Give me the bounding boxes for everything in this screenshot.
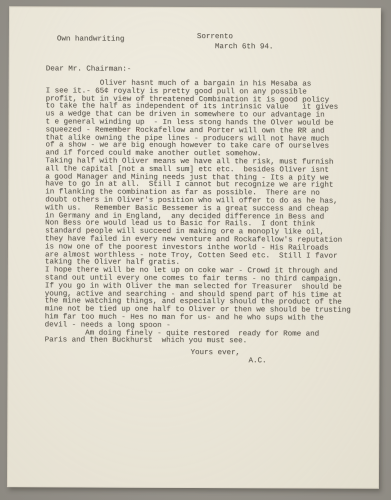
letter-signature: A.C. — [248, 358, 266, 366]
letter-date: March 6th 94. — [215, 44, 274, 52]
letter-body: Oliver hasnt much of a bargain in his Me… — [45, 80, 352, 346]
letter-salutation: Dear Mr. Chairman:- — [46, 66, 132, 74]
photo-backdrop: Own handwriting Sorrento March 6th 94. D… — [0, 0, 391, 500]
letter-paper: Own handwriting Sorrento March 6th 94. D… — [7, 6, 381, 489]
letter-place: Sorrento — [197, 34, 233, 42]
letter-closing: Yours ever, — [191, 350, 241, 358]
letter-annotation: Own handwriting — [57, 36, 125, 44]
